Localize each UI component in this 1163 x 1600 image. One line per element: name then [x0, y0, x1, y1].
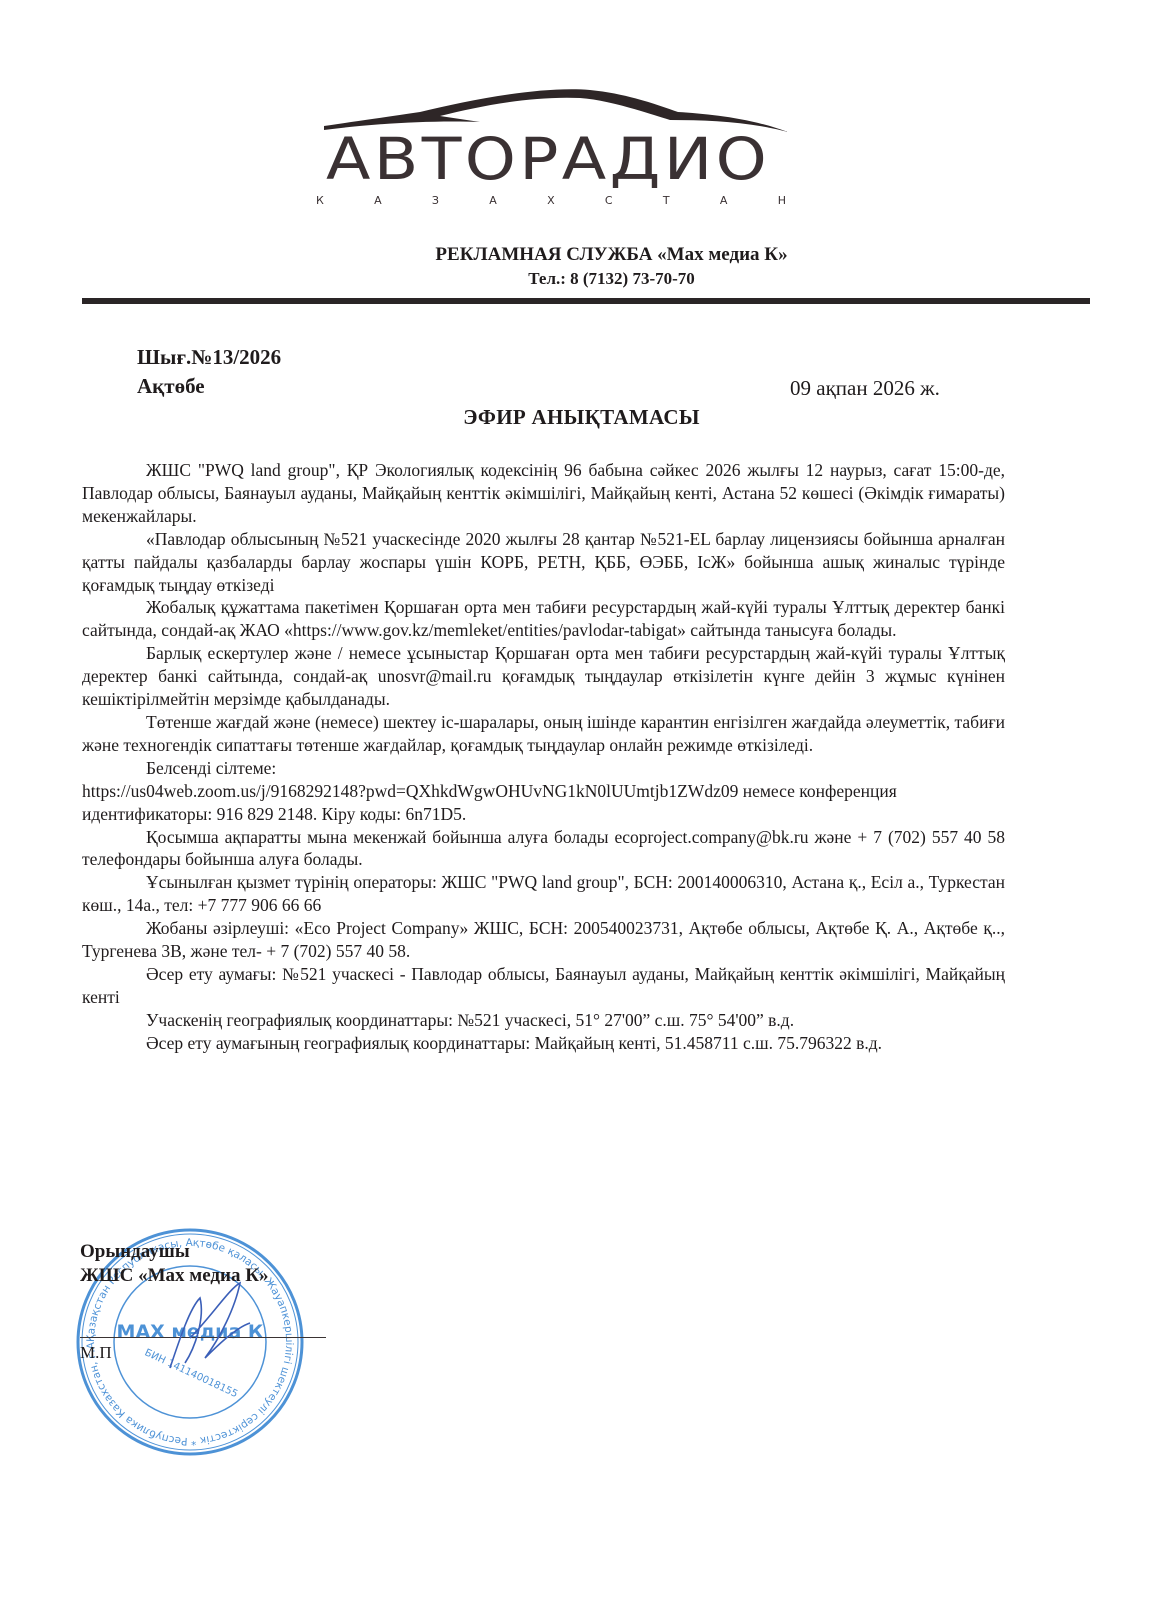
- paragraph: ЖШС "PWQ land group", ҚР Экологиялық код…: [82, 459, 1005, 528]
- logo-letter: Н: [778, 194, 786, 207]
- paragraph: Жобалық құжаттама пакетімен Қоршаған орт…: [82, 596, 1005, 642]
- zoom-link-paragraph: https://us04web.zoom.us/j/9168292148?pwd…: [82, 780, 1005, 826]
- paragraph: Жобаны әзірлеуші: «Eco Project Company» …: [82, 917, 1005, 963]
- document-body: ЖШС "PWQ land group", ҚР Экологиялық код…: [82, 459, 1005, 1055]
- letterhead-logo: АВТОРАДИО К А З А Х С Т А Н: [310, 82, 790, 212]
- paragraph: «Павлодар облысының №521 учаскесінде 202…: [82, 528, 1005, 597]
- handwritten-signature: [150, 1278, 260, 1378]
- signer-role: Орындаушы: [80, 1240, 269, 1264]
- outgoing-number: Шығ.№13/2026: [137, 345, 281, 370]
- document-date: 09 ақпан 2026 ж.: [790, 376, 940, 401]
- document-title: ЭФИР АНЫҚТАМАСЫ: [0, 405, 1163, 430]
- paragraph: Әсер ету аумағы: №521 учаскесі - Павлода…: [82, 963, 1005, 1009]
- logo-wordmark: АВТОРАДИО: [326, 130, 852, 188]
- paragraph: Учаскенің географиялық координаттары: №5…: [82, 1009, 1005, 1032]
- city: Ақтөбе: [137, 374, 205, 399]
- logo-letter: Х: [547, 194, 555, 207]
- logo-letter: К: [316, 194, 324, 207]
- paragraph: Ұсынылған қызмет түрінің операторы: ЖШС …: [82, 871, 1005, 917]
- logo-letter: С: [605, 194, 613, 207]
- header-divider: [82, 298, 1090, 304]
- paragraph: Әсер ету аумағының географиялық координа…: [82, 1032, 1005, 1055]
- logo-letter: А: [489, 194, 497, 207]
- logo-letter: А: [374, 194, 382, 207]
- logo-letter: З: [432, 194, 439, 207]
- logo-subtitle: К А З А Х С Т А Н: [316, 194, 786, 207]
- paragraph: Қосымша ақпаратты мына мекенжай бойынша …: [82, 826, 1005, 872]
- logo-letter: Т: [663, 194, 670, 207]
- paragraph: Төтенше жағдай және (немесе) шектеу іс-ш…: [82, 711, 1005, 757]
- service-phone: Тел.: 8 (7132) 73-70-70: [30, 269, 1163, 289]
- logo-letter: А: [720, 194, 728, 207]
- service-name: РЕКЛАМНАЯ СЛУЖБА «Мах медиа К»: [30, 244, 1163, 266]
- seal-label: М.П: [80, 1343, 112, 1363]
- paragraph: Барлық ескертулер және / немесе ұсыныста…: [82, 642, 1005, 711]
- paragraph: Белсенді сілтеме:: [82, 757, 1005, 780]
